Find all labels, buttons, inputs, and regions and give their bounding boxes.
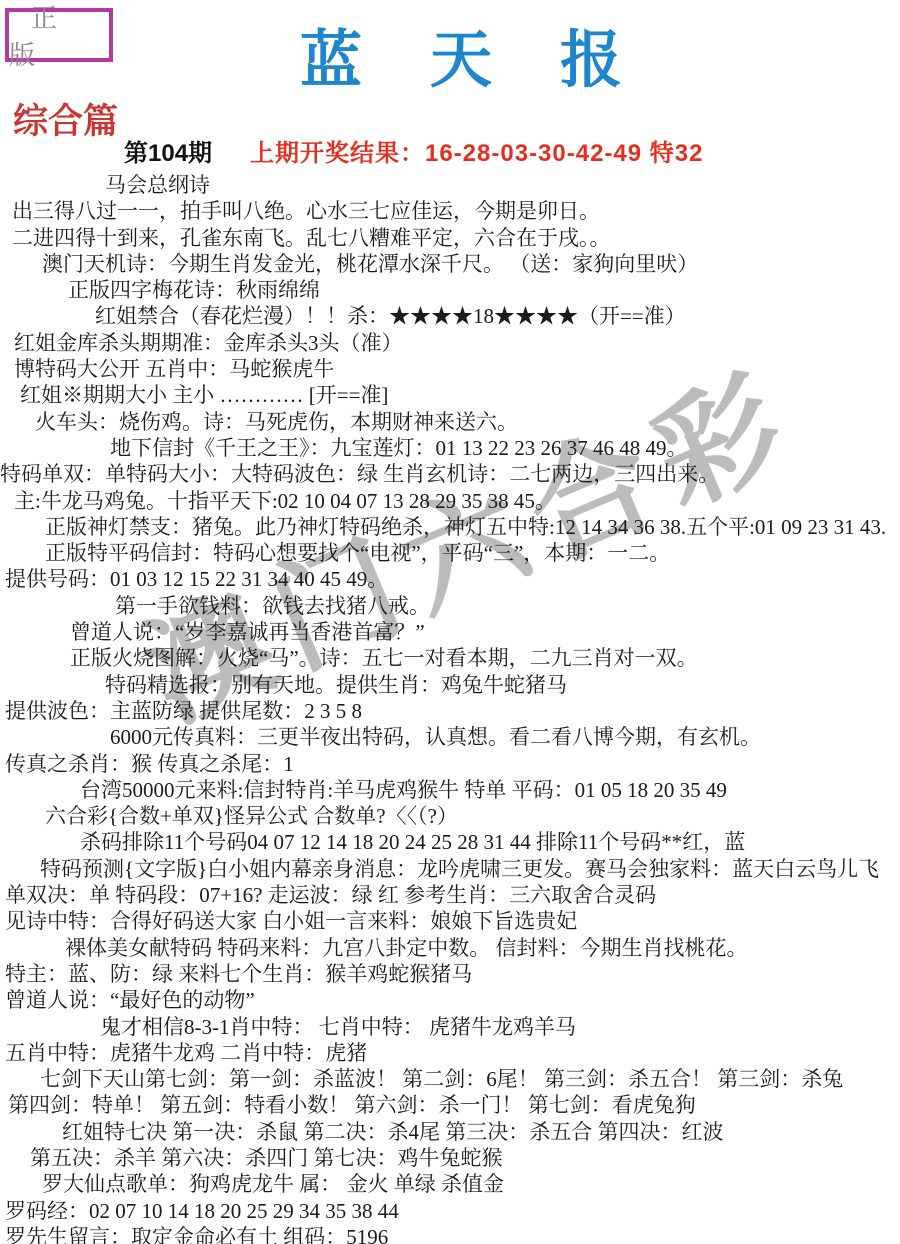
text-line: 罗码经：02 07 10 14 18 20 25 29 34 35 38 44 (0, 1198, 900, 1224)
text-line: 火车头：烧伤鸡。诗：马死虎伤，本期财神来送六。 (0, 409, 900, 435)
text-line: 单双决：单 特码段：07+16? 走运波：绿 红 参考生肖：三六取舍合灵码 (0, 882, 900, 908)
newspaper-title: 蓝天报 (300, 10, 690, 99)
text-line: 正版火烧图解：火烧“马”。诗：五七一对看本期，二九三肖对一双。 (0, 645, 900, 671)
text-line: 地下信封《千王之王》：九宝莲灯：01 13 22 23 26 37 46 48 … (0, 435, 900, 461)
text-line: 曾道人说：“岁李嘉诚再当香港首富？” (0, 619, 900, 645)
text-line: 曾道人说：“最好色的动物” (0, 987, 900, 1013)
newspaper-page: 澳门六合彩 正 版 蓝天报 综合篇 第104期 上期开奖结果：16-28-03-… (0, 0, 900, 1244)
text-line: 正版四字梅花诗：秋雨绵绵 (0, 277, 900, 303)
text-line: 主:牛龙马鸡兔。十指平天下:02 10 04 07 13 28 29 35 38… (0, 488, 900, 514)
text-line: 鬼才相信8-3-1肖中特： 七肖中特： 虎猪牛龙鸡羊马 (0, 1014, 900, 1040)
text-line: 6000元传真料：三更半夜出特码，认真想。看二看八博今期，有玄机。 (0, 724, 900, 750)
text-line: 杀码排除11个号码04 07 12 14 18 20 24 25 28 31 4… (0, 829, 900, 855)
text-line: 第四剑：特单！ 第五剑：特看小数！ 第六剑：杀一门！ 第七剑：看虎兔狗 (0, 1092, 900, 1118)
edition-label: 综合篇 (13, 94, 118, 144)
text-line: 马会总纲诗 (0, 172, 900, 198)
text-line: 台湾50000元来料:信封特肖:羊马虎鸡猴牛 特单 平码：01 05 18 20… (0, 777, 900, 803)
text-line: 出三得八过一一，拍手叫八绝。心水三七应佳运，今期是卯日。 (0, 198, 900, 224)
text-line: 红姐特七决 第一决：杀鼠 第二决：杀4尾 第三决：杀五合 第四决：红波 (0, 1119, 900, 1145)
text-line: 二进四得十到来，孔雀东南飞。乱七八糟难平定，六合在于戌。。 (0, 225, 900, 251)
text-line: 特码单双：单特码大小：大特码波色：绿 生肖玄机诗：二七两边，三四出来。 (0, 461, 900, 487)
text-line: 传真之杀肖：猴 传真之杀尾：1 (0, 751, 900, 777)
text-line: 七剑下天山第七剑：第一剑：杀蓝波！ 第二剑：6尾！ 第三剑：杀五合！ 第三剑：杀… (0, 1066, 900, 1092)
text-line: 特主：蓝、防：绿 来料七个生肖：猴羊鸡蛇猴猪马 (0, 961, 900, 987)
text-line: 特码预测{文字版}白小姐内幕亲身消息：龙吟虎啸三更发。赛马会独家料：蓝天白云鸟儿… (0, 856, 900, 882)
text-line: 红姐金库杀头期期准：金库杀头3头（准） (0, 330, 900, 356)
previous-draw-result: 上期开奖结果：16-28-03-30-42-49 特32 (250, 133, 704, 168)
issue-number: 第104期 (124, 133, 212, 168)
text-line: 裸体美女献特码 特码来料：九宫八卦定中数。 信封料：今期生肖找桃花。 (0, 935, 900, 961)
text-line: 提供号码：01 03 12 15 22 31 34 40 45 49。 (0, 566, 900, 592)
body-lines: 马会总纲诗出三得八过一一，拍手叫八绝。心水三七应佳运，今期是卯日。二进四得十到来… (0, 172, 900, 1244)
text-line: 六合彩{合数+单双}怪异公式 合数单?〈〈（?） (0, 803, 900, 829)
text-line: 见诗中特：合得好码送大家 白小姐一言来料：娘娘下旨选贵妃 (0, 908, 900, 934)
text-line: 红姐※期期大小 主小 ………… [开==准] (0, 382, 900, 408)
text-line: 五肖中特：虎猪牛龙鸡 二肖中特：虎猪 (0, 1040, 900, 1066)
text-line: 罗先生留言：取定金命必有土 组码：5196 (0, 1224, 900, 1244)
text-line: 正版神灯禁支：猪兔。此乃神灯特码绝杀，神灯五中特:12 14 34 36 38.… (0, 514, 900, 540)
text-line: 正版特平码信封：特码心想要找个“电视”，平码“三”，本期：一二。 (0, 540, 900, 566)
text-line: 博特码大公开 五肖中：马蛇猴虎牛 (0, 356, 900, 382)
text-line: 澳门天机诗：今期生肖发金光，桃花潭水深千尺。 （送：家狗向里吠） (0, 251, 900, 277)
text-line: 罗大仙点歌单：狗鸡虎龙牛 属： 金火 单绿 杀值金 (0, 1171, 900, 1197)
text-line: 红姐禁合（春花烂漫）！！杀：★★★★18★★★★（开==准） (0, 303, 900, 329)
text-line: 第五决：杀羊 第六决：杀四门 第七决：鸡牛兔蛇猴 (0, 1145, 900, 1171)
text-line: 第一手欲钱料：欲钱去找猪八戒。 (0, 593, 900, 619)
authentic-edition-badge: 正 版 (5, 8, 113, 62)
text-line: 提供波色：主蓝防绿 提供尾数：2 3 5 8 (0, 698, 900, 724)
text-line: 特码精选报：别有天地。提供生肖：鸡兔牛蛇猪马 (0, 672, 900, 698)
